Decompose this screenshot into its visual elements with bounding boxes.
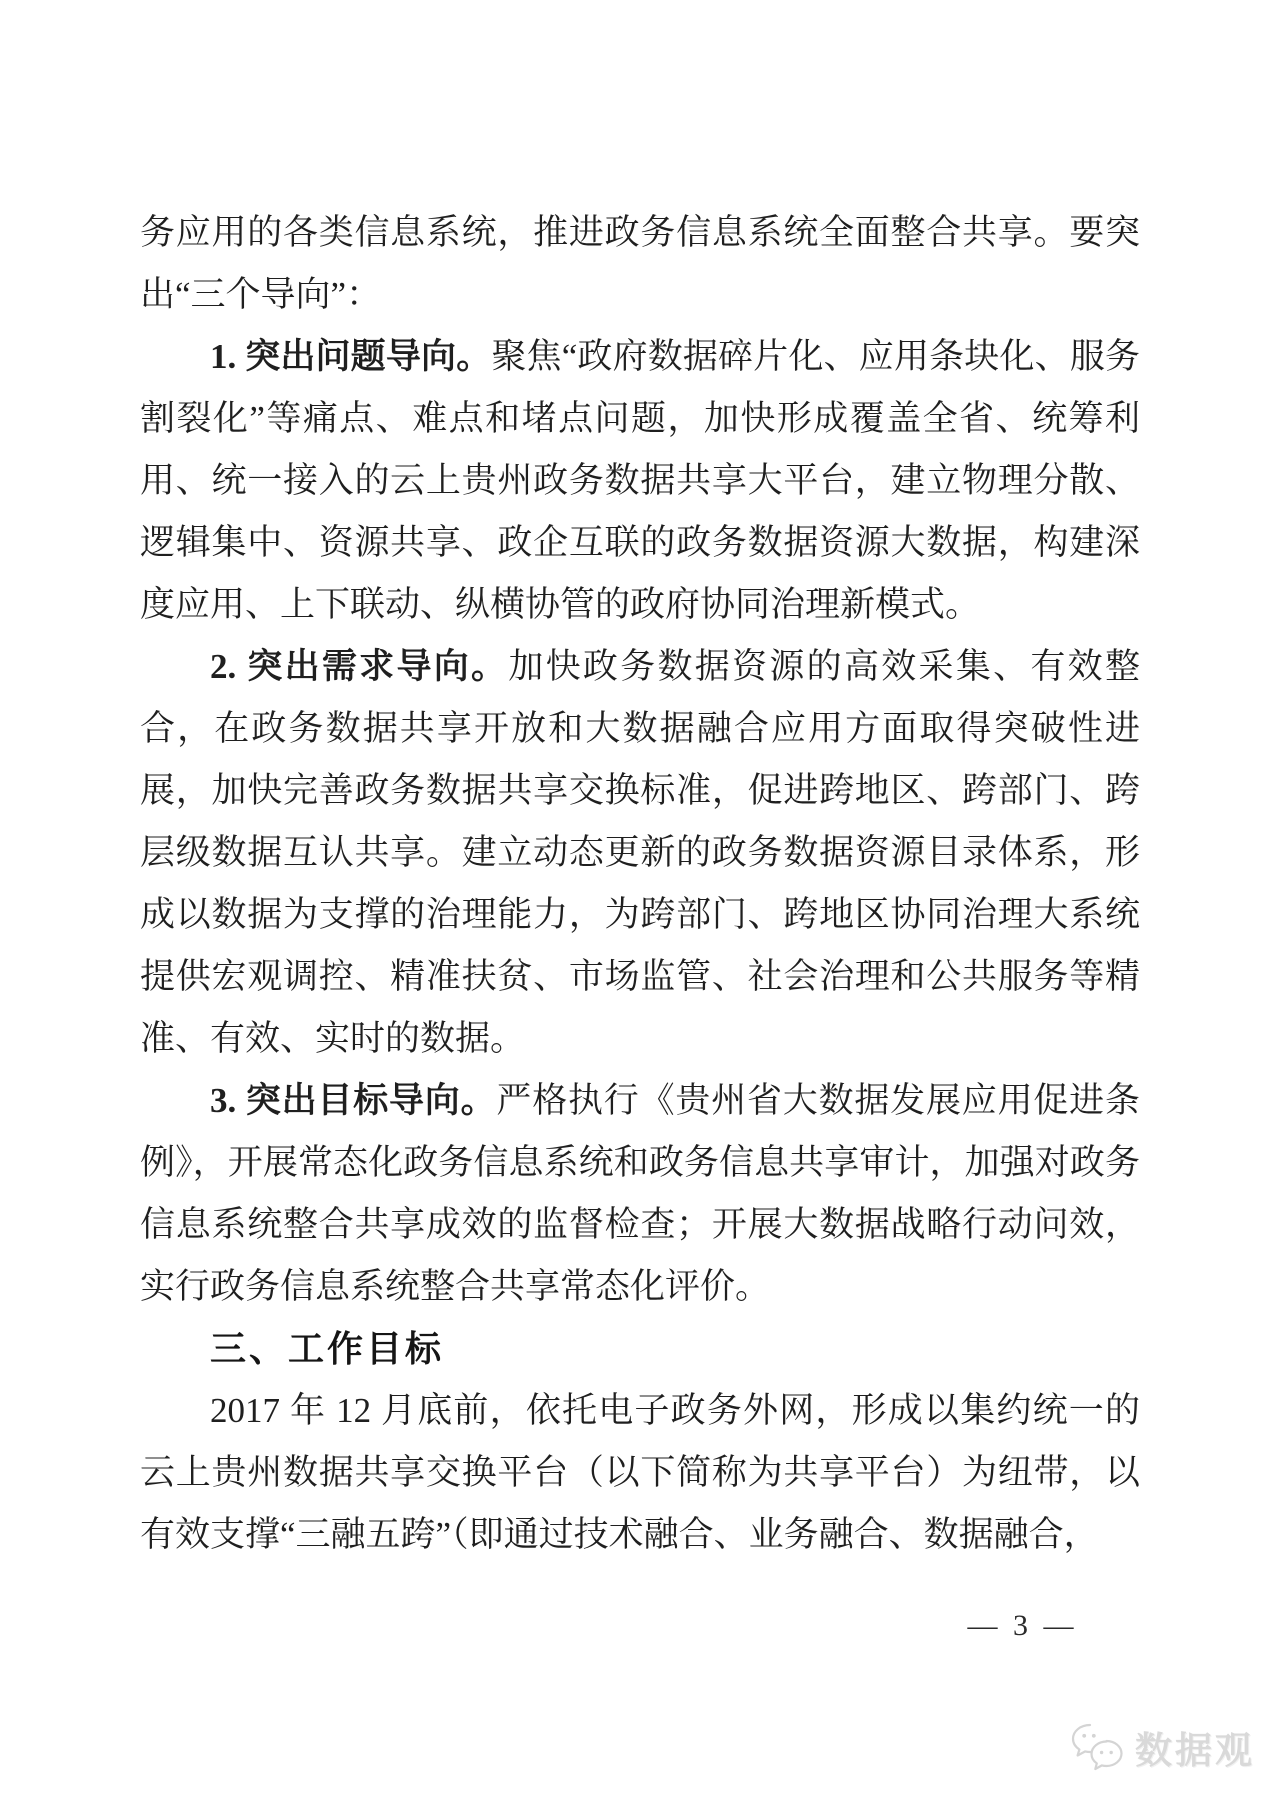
item-1-lead: 1. 突出问题导向。 — [210, 337, 491, 376]
section-heading: 三、工作目标 — [140, 1318, 1140, 1380]
watermark: 数据观 — [1068, 1720, 1255, 1774]
paragraph-item-1: 1. 突出问题导向。聚焦“政府数据碎片化、应用条块化、服务割裂化”等痛点、难点和… — [140, 326, 1140, 636]
watermark-text: 数据观 — [1135, 1720, 1255, 1774]
document-body: 务应用的各类信息系统，推进政务信息系统全面整合共享。要突出“三个导向”： 1. … — [140, 202, 1140, 1566]
paragraph-intro: 务应用的各类信息系统，推进政务信息系统全面整合共享。要突出“三个导向”： — [140, 202, 1140, 326]
item-1-body: 聚焦“政府数据碎片化、应用条块化、服务割裂化”等痛点、难点和堵点问题，加快形成覆… — [140, 337, 1140, 624]
intro-text: 务应用的各类信息系统，推进政务信息系统全面整合共享。要突出“三个导向”： — [140, 213, 1140, 314]
wechat-chat-bubbles-icon — [1068, 1722, 1126, 1772]
paragraph-item-3: 3. 突出目标导向。严格执行《贵州省大数据发展应用促进条例》，开展常态化政务信息… — [140, 1070, 1140, 1318]
paragraph-goal: 2017 年 12 月底前，依托电子政务外网，形成以集约统一的云上贵州数据共享交… — [140, 1380, 1140, 1566]
item-3-lead: 3. 突出目标导向。 — [210, 1081, 496, 1120]
document-page: 务应用的各类信息系统，推进政务信息系统全面整合共享。要突出“三个导向”： 1. … — [0, 0, 1280, 1809]
item-2-body: 加快政务数据资源的高效采集、有效整合，在政务数据共享开放和大数据融合应用方面取得… — [140, 647, 1140, 1058]
paragraph-item-2: 2. 突出需求导向。加快政务数据资源的高效采集、有效整合，在政务数据共享开放和大… — [140, 636, 1140, 1070]
page-number: — 3 — — [935, 1606, 1110, 1646]
item-2-lead: 2. 突出需求导向。 — [210, 647, 508, 686]
